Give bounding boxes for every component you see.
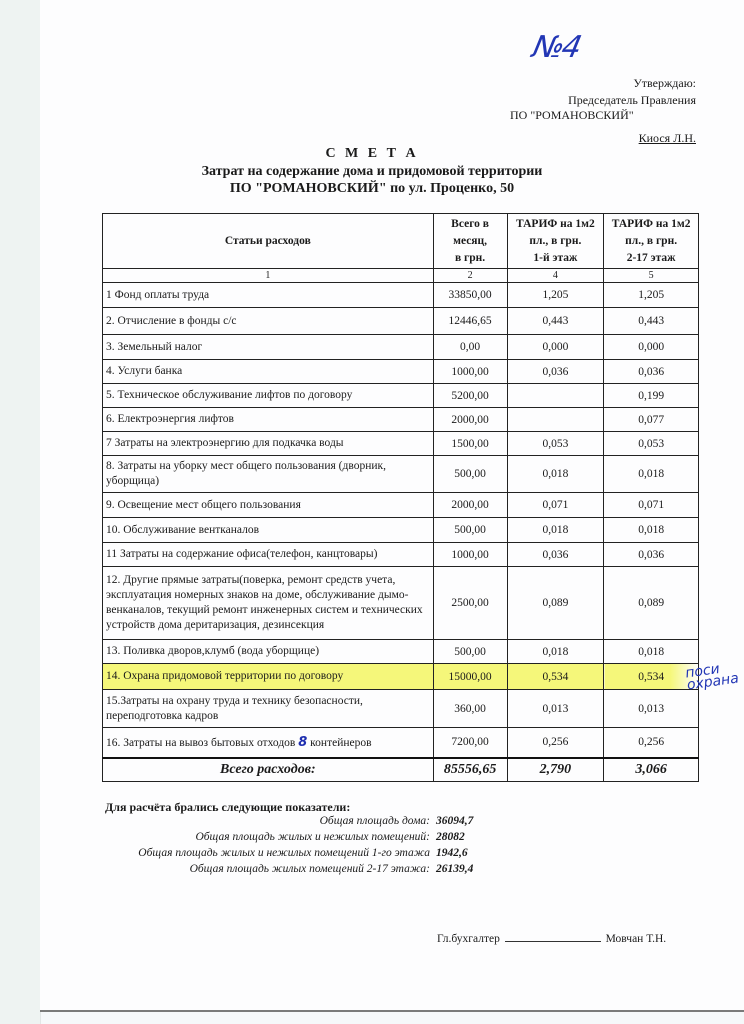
tariff-floor1: 0,534 (507, 664, 604, 690)
tariff-floor2-17: 0,256 (604, 728, 699, 758)
parameter-label: Общая площадь жилых и нежилых помещений … (90, 847, 430, 859)
monthly-amount: 2500,00 (433, 567, 507, 640)
monthly-amount: 1500,00 (433, 432, 507, 456)
monthly-amount: 7200,00 (433, 728, 507, 758)
expense-item: 14. Охрана придомовой территории по дого… (103, 664, 434, 690)
tariff-floor1 (507, 408, 604, 432)
tariff-floor1: 0,071 (507, 493, 604, 518)
monthly-amount: 15000,00 (433, 664, 507, 690)
expense-item: 3. Земельный налог (103, 335, 434, 360)
column-number: 1 (103, 269, 434, 283)
column-number: 5 (604, 269, 699, 283)
column-number-row: 1 2 4 5 (103, 269, 699, 283)
table-row: 14. Охрана придомовой территории по дого… (103, 664, 699, 690)
tariff-floor1: 0,256 (507, 728, 604, 758)
expense-item: 4. Услуги банка (103, 360, 434, 384)
document-title: С М Е Т А (0, 146, 744, 162)
tariff-floor2-17: 0,036 (604, 543, 699, 567)
total-row: Всего расходов: 85556,65 2,790 3,066 (103, 758, 699, 782)
tariff-floor1: 0,053 (507, 432, 604, 456)
table-row: 11 Затраты на содержание офиса(телефон, … (103, 543, 699, 567)
tariff-floor1: 0,018 (507, 456, 604, 493)
expense-item: 8. Затраты на уборку мест общего пользов… (103, 456, 434, 493)
handwritten-doc-number: №4 (529, 30, 583, 65)
expense-item: 11 Затраты на содержание офиса(телефон, … (103, 543, 434, 567)
expense-item: 13. Поливка дворов,клумб (вода уборщице) (103, 640, 434, 664)
expense-item: 1 Фонд оплаты труда (103, 283, 434, 308)
tariff-floor2-17: 0,018 (604, 518, 699, 543)
signature-line: Гл.бухгалтер Мовчан Т.Н. (437, 931, 666, 945)
parameter-value: 1942,6 (436, 847, 468, 859)
monthly-amount: 12446,65 (433, 308, 507, 335)
parameter-label: Общая площадь жилых помещений 2-17 этажа… (90, 863, 430, 875)
expense-item: 5. Техническое обслуживание лифтов по до… (103, 384, 434, 408)
monthly-amount: 1000,00 (433, 543, 507, 567)
parameter-value: 36094,7 (436, 815, 473, 827)
expense-item: 10. Обслуживание вентканалов (103, 518, 434, 543)
approval-position: Председатель Правления (568, 93, 696, 108)
table-row: 3. Земельный налог0,000,0000,000 (103, 335, 699, 360)
tariff-floor1: 1,205 (507, 283, 604, 308)
header-line: месяц, (437, 233, 504, 250)
signature-position: Гл.бухгалтер (437, 933, 500, 945)
table-row: 13. Поливка дворов,клумб (вода уборщице)… (103, 640, 699, 664)
expense-item: 9. Освещение мест общего пользования (103, 493, 434, 518)
parameter-label: Общая площадь дома: (90, 815, 430, 827)
tariff-floor1: 0,018 (507, 640, 604, 664)
header-monthly-total: Всего в месяц, в грн. (433, 214, 507, 269)
tariff-floor2-17: 0,000 (604, 335, 699, 360)
table-row: 10. Обслуживание вентканалов500,000,0180… (103, 518, 699, 543)
tariff-floor1: 0,013 (507, 690, 604, 728)
table-header-row: Статьи расходов Всего в месяц, в грн. ТА… (103, 214, 699, 269)
expense-item-text: контейнеров (307, 737, 371, 749)
tariff-floor2-17: 0,071 (604, 493, 699, 518)
header-line: ТАРИФ на 1м2 (511, 216, 601, 233)
parameters-title: Для расчёта брались следующие показатели… (105, 800, 350, 815)
tariff-floor1 (507, 384, 604, 408)
expense-item: 7 Затраты на электроэнергию для подкачка… (103, 432, 434, 456)
tariff-floor2-17: 0,018 (604, 640, 699, 664)
header-line: пл., в грн. (607, 233, 695, 250)
tariff-floor2-17: 0,089 (604, 567, 699, 640)
monthly-amount: 2000,00 (433, 493, 507, 518)
tariff-floor1: 0,018 (507, 518, 604, 543)
table-row: 5. Техническое обслуживание лифтов по до… (103, 384, 699, 408)
parameter-value: 26139,4 (436, 863, 473, 875)
document-subtitle: Затрат на содержание дома и придомовой т… (0, 164, 744, 180)
table-row: 12. Другие прямые затраты(поверка, ремон… (103, 567, 699, 640)
table-row: 4. Услуги банка1000,000,0360,036 (103, 360, 699, 384)
expense-item-text: 16. Затраты на вывоз бытовых отходов (106, 737, 298, 749)
parameter-value: 28082 (436, 831, 465, 843)
parameter-label: Общая площадь жилых и нежилых помещений: (90, 831, 430, 843)
document-subtitle-address: ПО "РОМАНОВСКИЙ" по ул. Проценко, 50 (0, 181, 744, 197)
tariff-floor2-17: 0,036 (604, 360, 699, 384)
tariff-floor1: 0,089 (507, 567, 604, 640)
total-tariff-floor2-17: 3,066 (604, 758, 699, 782)
tariff-floor1: 0,036 (507, 360, 604, 384)
expense-item: 12. Другие прямые затраты(поверка, ремон… (103, 567, 434, 640)
tariff-floor1: 0,443 (507, 308, 604, 335)
tariff-floor1: 0,036 (507, 543, 604, 567)
tariff-floor2-17: 0,013 (604, 690, 699, 728)
monthly-amount: 5200,00 (433, 384, 507, 408)
total-label: Всего расходов: (103, 758, 434, 782)
expense-item: 2. Отчисление в фонды с/с (103, 308, 434, 335)
monthly-amount: 2000,00 (433, 408, 507, 432)
signature-blank (505, 931, 601, 942)
table-row: 9. Освещение мест общего пользования2000… (103, 493, 699, 518)
column-number: 4 (507, 269, 604, 283)
header-tariff-floor1: ТАРИФ на 1м2 пл., в грн. 1-й этаж (507, 214, 604, 269)
approval-signatory: Киося Л.Н. (639, 131, 696, 146)
tariff-floor2-17: 0,018 (604, 456, 699, 493)
header-line: пл., в грн. (511, 233, 601, 250)
table-row: 2. Отчисление в фонды с/с12446,650,4430,… (103, 308, 699, 335)
monthly-amount: 0,00 (433, 335, 507, 360)
monthly-amount: 500,00 (433, 640, 507, 664)
total-tariff-floor1: 2,790 (507, 758, 604, 782)
monthly-amount: 360,00 (433, 690, 507, 728)
table-row: 1 Фонд оплаты труда33850,001,2051,205 (103, 283, 699, 308)
expense-item: 15.Затраты на охрану труда и технику без… (103, 690, 434, 728)
tariff-floor2-17: 0,443 (604, 308, 699, 335)
tariff-floor2-17: 0,199 (604, 384, 699, 408)
column-number: 2 (433, 269, 507, 283)
header-line: 1-й этаж (511, 250, 601, 267)
expense-item: 6. Електроэнергия лифтов (103, 408, 434, 432)
header-line: в грн. (437, 250, 504, 267)
tariff-floor1: 0,000 (507, 335, 604, 360)
signature-name: Мовчан Т.Н. (606, 933, 667, 945)
header-line: 2-17 этаж (607, 250, 695, 267)
handwritten-container-count: 8 (298, 735, 307, 750)
header-line: ТАРИФ на 1м2 (607, 216, 695, 233)
header-line: Всего в (437, 216, 504, 233)
table-row: 15.Затраты на охрану труда и технику без… (103, 690, 699, 728)
tariff-floor2-17: 0,077 (604, 408, 699, 432)
tariff-floor2-17: 0,053 (604, 432, 699, 456)
table-row: 8. Затраты на уборку мест общего пользов… (103, 456, 699, 493)
table-row: 6. Електроэнергия лифтов2000,000,077 (103, 408, 699, 432)
header-expense-items: Статьи расходов (103, 214, 434, 269)
tariff-floor2-17: 1,205 (604, 283, 699, 308)
estimate-table: Статьи расходов Всего в месяц, в грн. ТА… (102, 213, 699, 782)
approval-organization: ПО "РОМАНОВСКИЙ" (510, 108, 634, 123)
header-tariff-floor2-17: ТАРИФ на 1м2 пл., в грн. 2-17 этаж (604, 214, 699, 269)
approval-label: Утверждаю: (633, 76, 696, 91)
table-row: 7 Затраты на электроэнергию для подкачка… (103, 432, 699, 456)
monthly-amount: 500,00 (433, 456, 507, 493)
expense-item: 16. Затраты на вывоз бытовых отходов 8 к… (103, 728, 434, 758)
monthly-amount: 500,00 (433, 518, 507, 543)
monthly-amount: 1000,00 (433, 360, 507, 384)
total-monthly: 85556,65 (433, 758, 507, 782)
monthly-amount: 33850,00 (433, 283, 507, 308)
table-row: 16. Затраты на вывоз бытовых отходов 8 к… (103, 728, 699, 758)
